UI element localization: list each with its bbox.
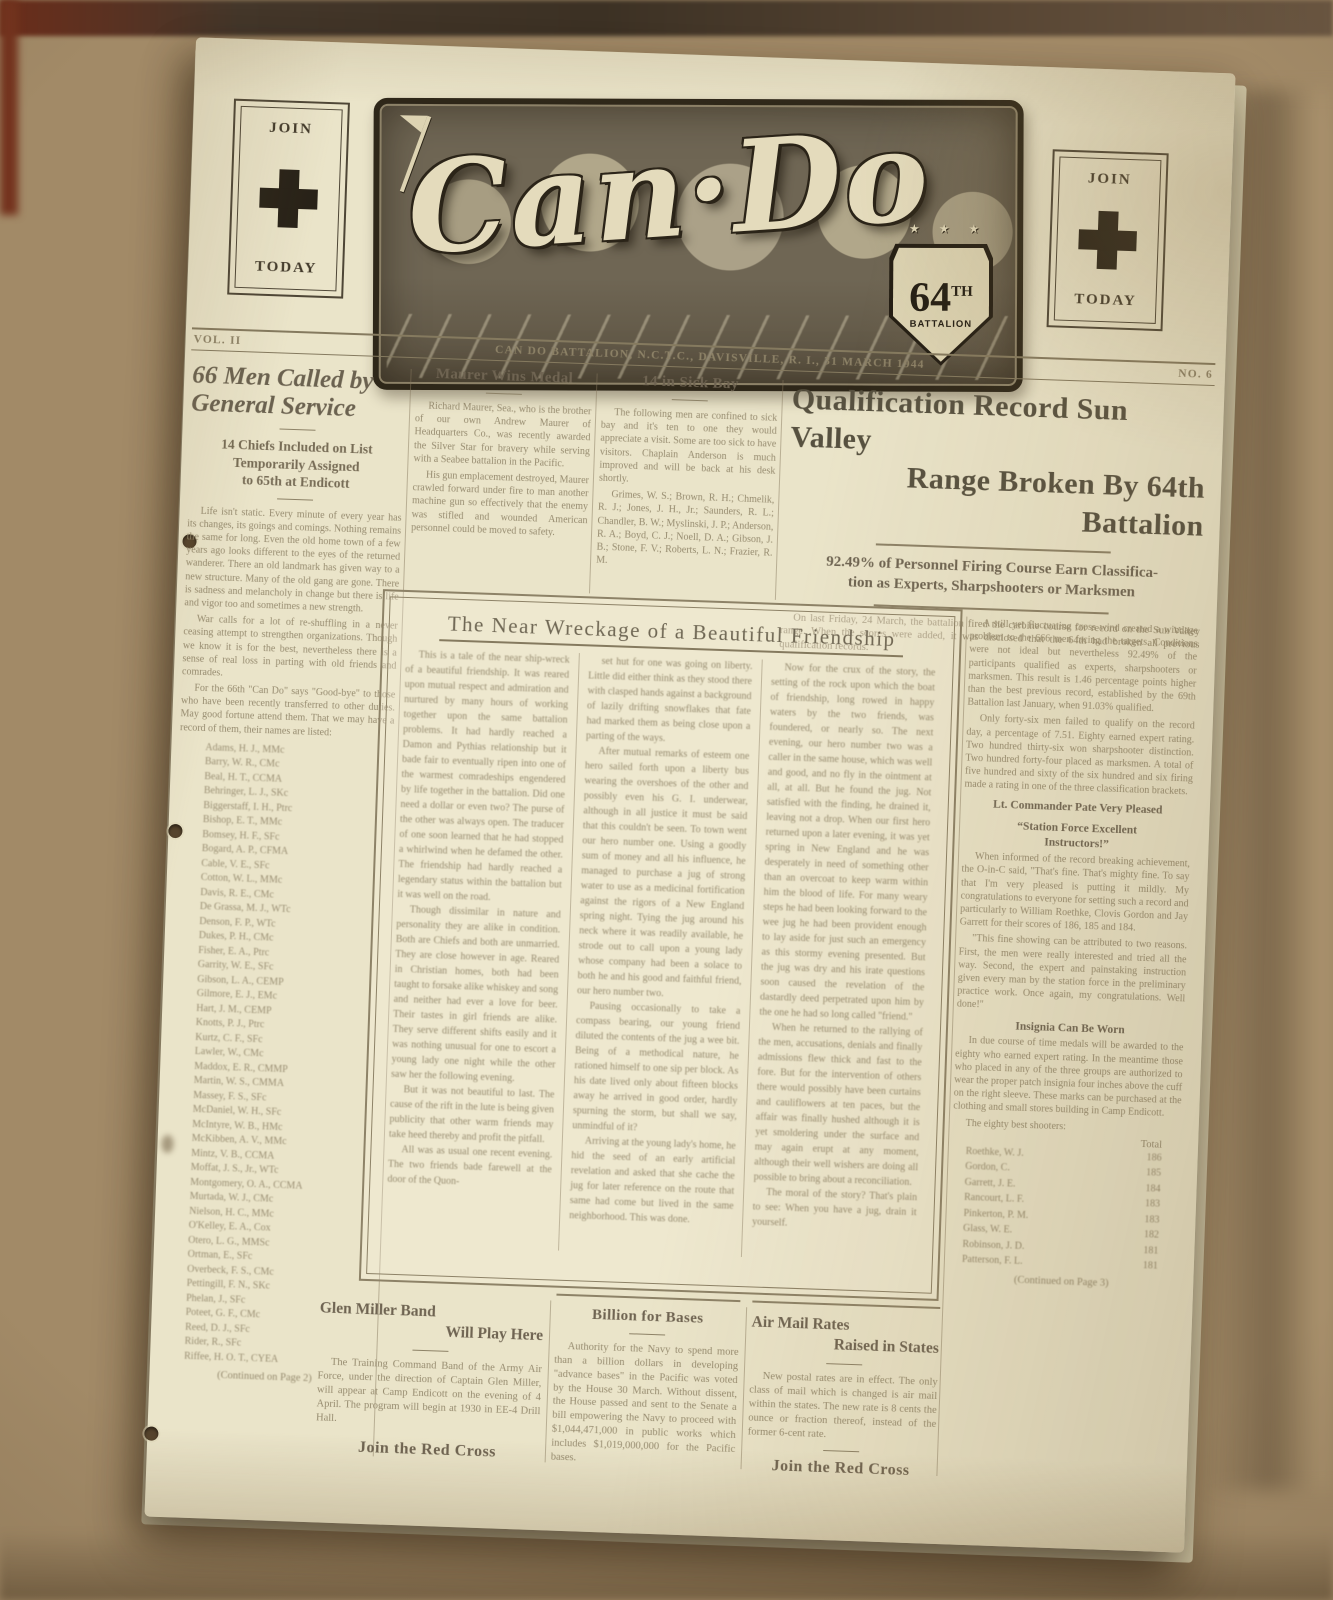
feature-box-friendship: The Near Wreckage of a Beautiful Friends… [359, 589, 963, 1301]
divider-rule [486, 393, 522, 395]
paragraph: Life isn't static. Every minute of every… [184, 504, 402, 617]
article-subhead: 92.49% of Personnel Firing Course Earn C… [781, 550, 1202, 605]
shooters-score-table: Total Roethke, W. J. 186 Gordon, C. 185 … [960, 1133, 1169, 1275]
paragraph: In due course of time medals will be awa… [953, 1034, 1184, 1121]
paragraph: Though dissimilar in nature and personal… [391, 902, 561, 1088]
paragraph: Now for the crux of the story, the setti… [759, 660, 935, 1026]
paragraph: A still yet fluctuating cross wind creat… [967, 617, 1198, 717]
feature-columns: This is a tale of the near ship-wreck of… [376, 647, 945, 1264]
paragraph: Grimes, W. S.; Brown, R. H.; Chmelik, R.… [596, 488, 775, 573]
paragraph: "This fine showing can be attributed to … [957, 932, 1188, 1019]
shooter-score: 186 [1146, 1150, 1162, 1166]
today-label: TODAY [255, 258, 318, 277]
join-today-inner: JOIN TODAY [234, 106, 342, 291]
paragraph: But it was not beautiful to last. The ca… [389, 1082, 555, 1148]
article-body: New postal rates are in effect. The only… [748, 1370, 938, 1446]
column-rule [741, 1307, 748, 1469]
paragraph: For the 66th "Can Do" says "Good-bye" to… [180, 681, 396, 741]
paragraph: Pausing occasionally to take a compass b… [572, 998, 741, 1139]
battalion-number: 64TH [909, 279, 973, 317]
battalion-number-value: 64 [909, 274, 951, 320]
shooter-score: 183 [1145, 1196, 1161, 1212]
divider-rule [875, 543, 1110, 553]
paragraph: Richard Maurer, Sea., who is the brother… [413, 399, 591, 471]
shooter-name: Garrett, J. E. [964, 1175, 1015, 1192]
paragraph: After mutual remarks of esteem one hero … [577, 743, 750, 1004]
shooter-name: Glass, W. E. [963, 1221, 1013, 1238]
paragraph: The following men are confined to sick b… [599, 406, 778, 491]
article-body: Authority for the Navy to spend more tha… [551, 1340, 739, 1471]
article-maurer-wins-medal: Maurer Wins Medal Richard Maurer, Sea., … [411, 365, 593, 543]
feature-column-3: Now for the crux of the story, the setti… [741, 659, 945, 1263]
article-air-mail-rates: Air Mail Rates Raised in States New post… [746, 1300, 940, 1480]
today-label: TODAY [1074, 291, 1137, 310]
join-label: JOIN [1088, 171, 1132, 190]
red-cross-icon [259, 169, 319, 229]
continued-note: (Continued on Page 3) [947, 1272, 1175, 1291]
shooter-score: 184 [1145, 1181, 1161, 1197]
column-rule [545, 1300, 552, 1462]
paragraph: Authority for the Navy to spend more tha… [551, 1340, 739, 1471]
paragraph: The Training Command Band of the Army Ai… [316, 1356, 542, 1433]
article-body: A still yet fluctuating cross wind creat… [964, 617, 1198, 799]
paragraph: This is a tale of the near ship-wreck of… [397, 647, 570, 908]
stars-ornament: ★ ★ ★ [909, 222, 987, 237]
divider-rule [412, 1350, 448, 1352]
issue-number-label: NO. 6 [1178, 368, 1213, 381]
paragraph: All was as usual one recent evening. The… [387, 1142, 552, 1193]
divider-rule [277, 498, 313, 500]
paragraph: set hut for one was going on liberty. Li… [586, 653, 753, 749]
shooter-name: Gordon, C. [965, 1159, 1010, 1176]
article-headline: 66 Men Called by General Service [191, 361, 407, 424]
article-subhead: 14 Chiefs Included on List Temporarily A… [188, 434, 404, 494]
paragraph: The moral of the story? That's plain to … [752, 1184, 917, 1235]
punch-hole [144, 1426, 158, 1440]
paragraph: Arriving at the young lady's home, he hi… [569, 1133, 736, 1229]
article-14-in-sick-bay: 14 in Sick Bay The following men are con… [596, 372, 779, 576]
paragraph: When he returned to the rallying of the … [753, 1020, 923, 1191]
photo-of-newspaper: { "colors":{"paper":"#eae4c9","fabric":"… [0, 0, 1333, 1600]
feature-title: The Near Wreckage of a Beautiful Friends… [397, 610, 946, 654]
qualification-continued-column: A still yet fluctuating cross wind creat… [947, 617, 1198, 1291]
shooter-name: Patterson, F. L. [962, 1252, 1023, 1270]
paragraph: War calls for a lot of re-shuffling in a… [182, 612, 398, 685]
can-do-script-title: Can·Do [404, 112, 934, 272]
article-body: The Training Command Band of the Army Ai… [316, 1356, 542, 1433]
paragraph: His gun emplacement destroyed, Maurer cr… [411, 468, 589, 540]
shooter-score: 185 [1146, 1165, 1162, 1181]
article-body: In due course of time medals will be awa… [952, 1034, 1183, 1137]
article-body: The following men are confined to sick b… [596, 406, 778, 573]
divider-rule [826, 1363, 862, 1365]
join-today-box-left: JOIN TODAY [227, 99, 350, 299]
feature-column-2: set hut for one was going on liberty. Li… [558, 653, 762, 1257]
join-red-cross-slogan: Join the Red Cross [746, 1456, 935, 1481]
paragraph: When informed of the record breaking ach… [959, 850, 1190, 937]
divider-rule [823, 1450, 859, 1452]
shooter-score: 183 [1144, 1212, 1160, 1228]
headline-line: Range Broken By 64th Battalion [783, 455, 1205, 545]
subhead-pate: Lt. Commander Pate Very Pleased [964, 797, 1192, 820]
battalion-word: BATTALION [910, 319, 973, 330]
shooter-score: 182 [1144, 1227, 1160, 1243]
article-body: When informed of the record breaking ach… [957, 850, 1190, 1019]
join-today-box-right: JOIN TODAY [1047, 149, 1169, 331]
article-billion-for-bases: Billion for Bases Authority for the Navy… [550, 1294, 740, 1474]
volume-label: VOL. II [193, 333, 241, 347]
headline-line: Qualification Record Sun Valley [786, 380, 1208, 470]
join-red-cross-slogan: Join the Red Cross [315, 1437, 539, 1463]
join-label: JOIN [269, 120, 313, 139]
divider-rule [280, 428, 316, 430]
article-body: Life isn't static. Every minute of every… [180, 504, 402, 742]
newspaper-front-page: JOIN TODAY JOIN TODAY Can·Do ★ ★ ★ 64TH … [144, 37, 1235, 1552]
article-body: Richard Maurer, Sea., who is the brother… [411, 399, 592, 540]
paragraph: Only forty-six men failed to qualify on … [964, 712, 1195, 799]
table-rows: Roethke, W. J. 186 Gordon, C. 185 Garret… [960, 1144, 1168, 1275]
feature-column-1: This is a tale of the near ship-wreck of… [376, 647, 579, 1251]
article-title: Billion for Bases [556, 1306, 740, 1329]
join-today-inner: JOIN TODAY [1054, 157, 1162, 324]
battalion-number-suffix: TH [951, 283, 973, 299]
article-glen-miller: Glen Miller Band Will Play Here The Trai… [315, 1298, 544, 1462]
divider-rule [629, 1333, 665, 1335]
shooter-score: 181 [1143, 1243, 1159, 1259]
red-cross-icon [1078, 210, 1138, 270]
shooter-score: 181 [1143, 1258, 1159, 1274]
divider-rule [672, 399, 708, 401]
paragraph: New postal rates are in effect. The only… [748, 1370, 938, 1446]
